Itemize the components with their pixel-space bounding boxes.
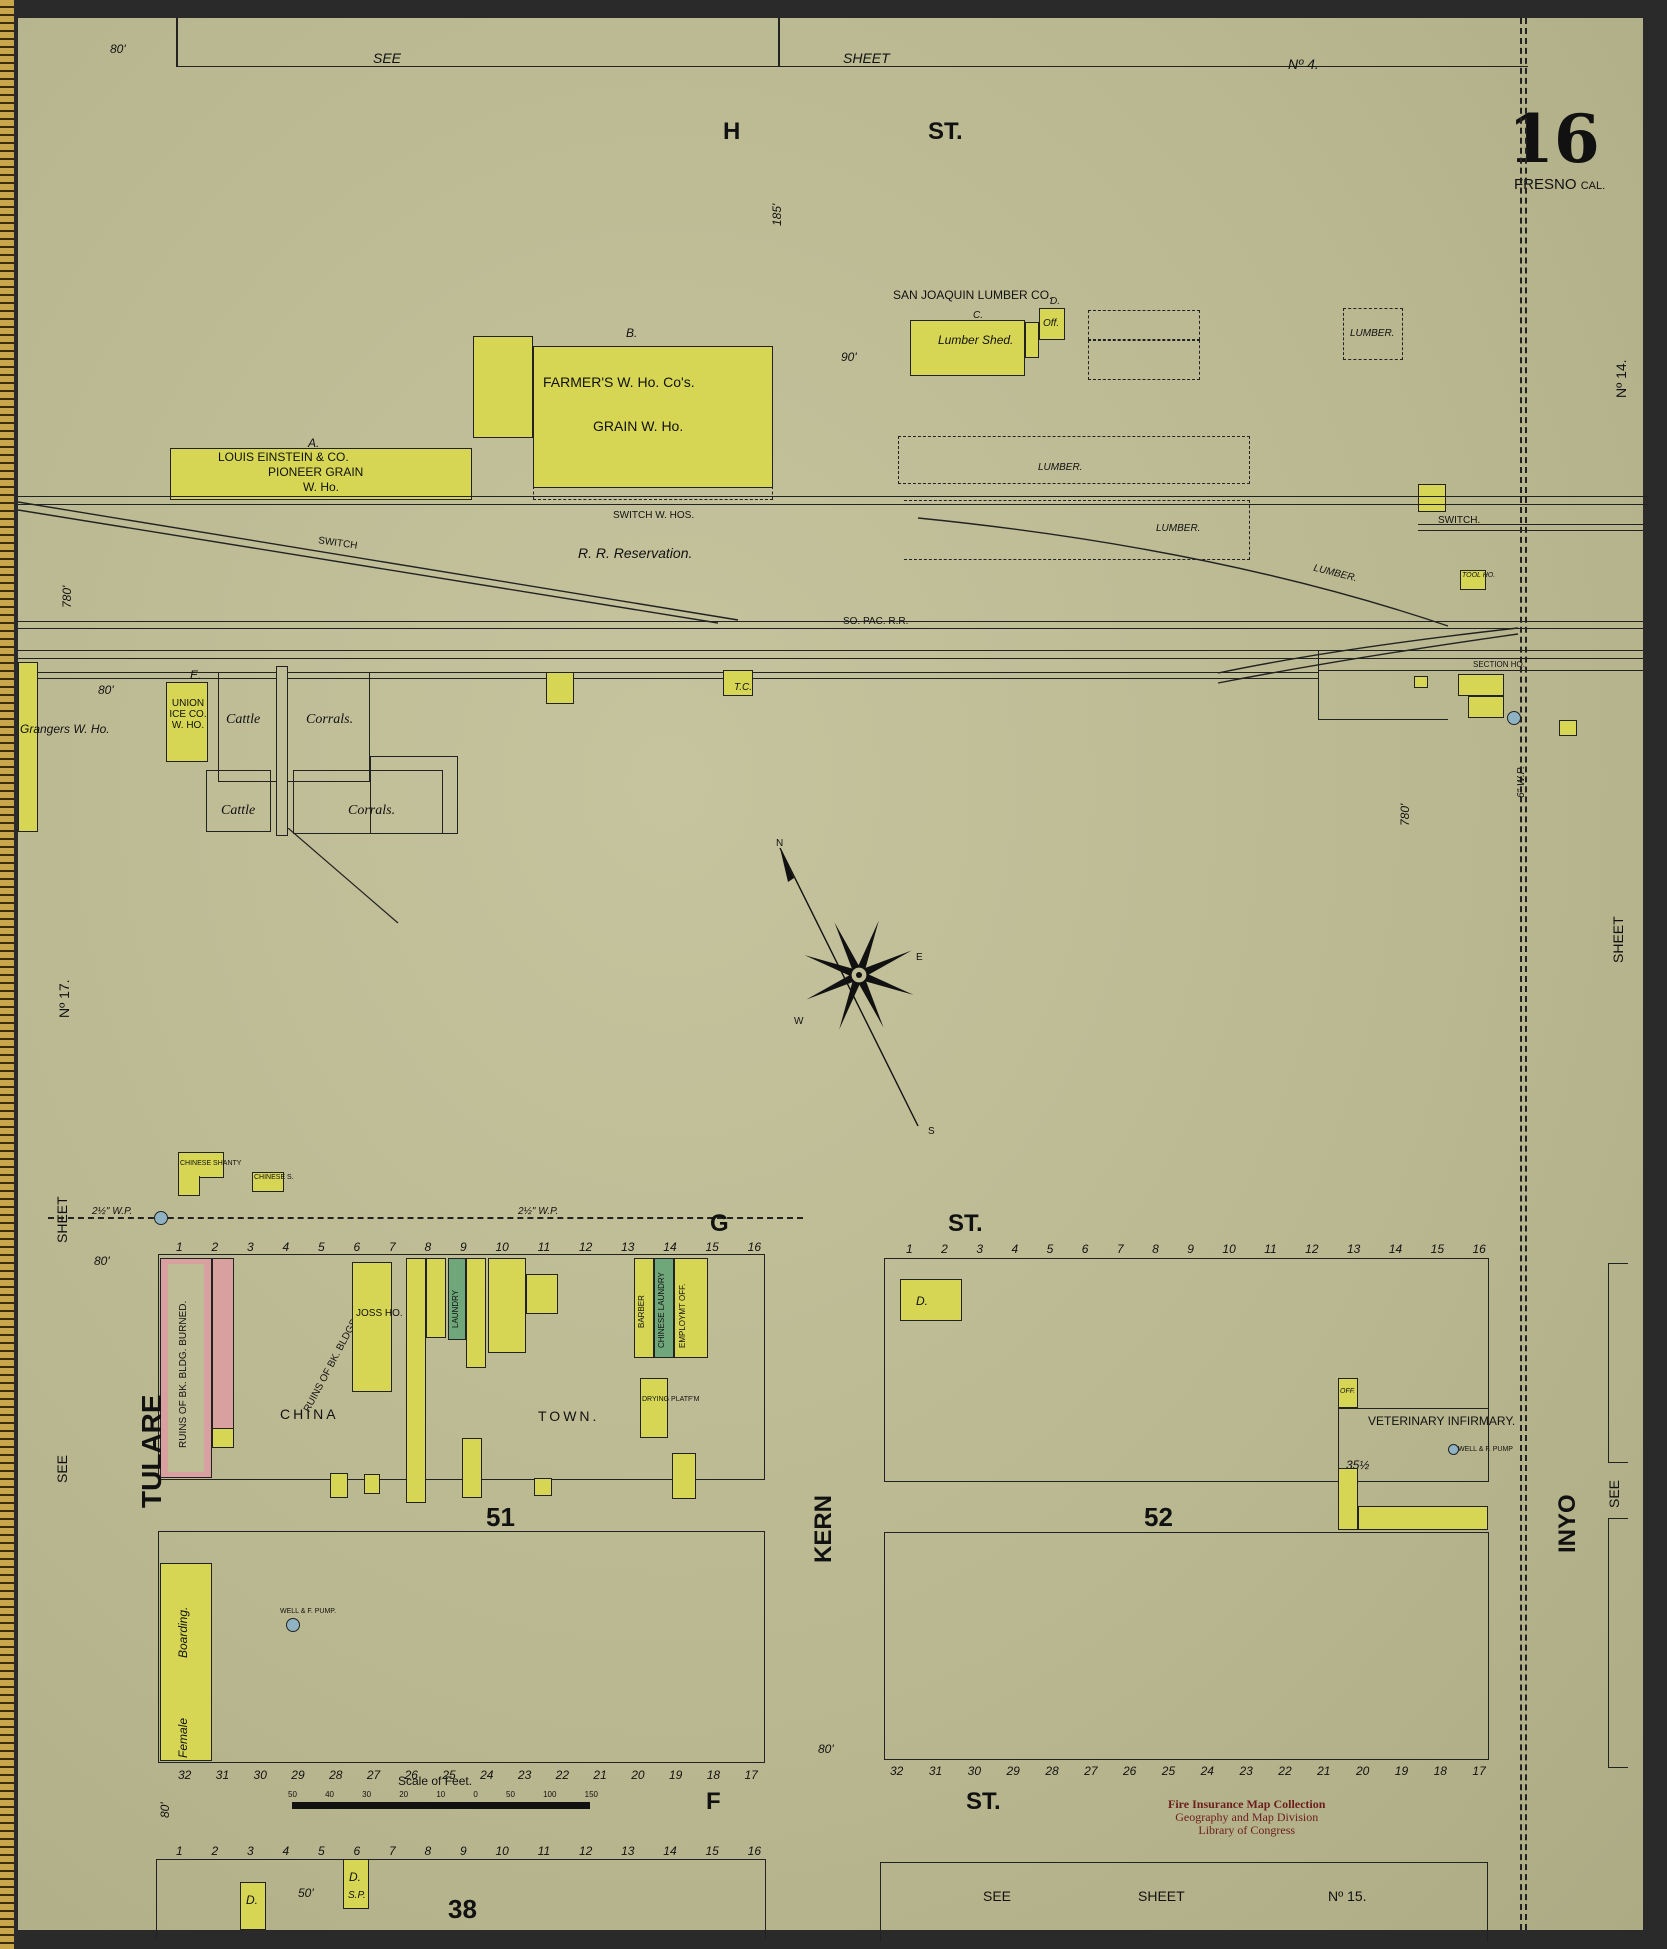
dwelling-label: D. — [916, 1294, 928, 1308]
lot-number: 15 — [705, 1240, 718, 1254]
lot-number: 12 — [579, 1240, 592, 1254]
brick-row — [212, 1258, 234, 1448]
lot-number: 4 — [283, 1240, 290, 1254]
block-52s-outline — [884, 1532, 1489, 1760]
block-52s-lot-numbers: 32 31 30 29 28 27 26 25 24 23 22 21 20 1… — [890, 1764, 1486, 1778]
section-house — [1458, 674, 1504, 696]
lot-number: 10 — [496, 1844, 509, 1858]
cattle-corral-4 — [370, 756, 458, 834]
office-label: Off. — [1043, 318, 1059, 329]
top-boundary-line — [176, 66, 1528, 67]
lot-number: 23 — [1239, 1764, 1252, 1778]
block-51s-outline — [158, 1531, 765, 1763]
street-h-st: ST. — [928, 118, 963, 146]
water-main-line-2 — [1525, 18, 1527, 1930]
lot-number: 17 — [744, 1768, 757, 1782]
lot-number: 3 — [247, 1844, 254, 1858]
joss-house-label: JOSS HO. — [356, 1308, 403, 1319]
hydrant-icon-g — [154, 1211, 168, 1225]
lot-number: 26 — [1123, 1764, 1136, 1778]
farmers-grain: GRAIN W. Ho. — [593, 418, 683, 434]
compass-e: E — [916, 952, 923, 963]
city-label: FRESNO CAL. — [1514, 176, 1605, 193]
small-building-mid — [546, 672, 574, 704]
so-pac-rr-label: SO. PAC. R.R. — [843, 616, 908, 627]
lot-number: 1 — [176, 1240, 183, 1254]
lot-number: 8 — [425, 1844, 432, 1858]
employment-office-label: EMPLOYMT OFF. — [678, 1284, 687, 1348]
left-sheet-no: Nº 17. — [56, 979, 72, 1018]
scale-tick: 40 — [325, 1790, 334, 1799]
lumber-annex — [1025, 322, 1039, 358]
building-8-half — [462, 1438, 482, 1498]
hydrant-icon — [1507, 711, 1521, 725]
small-shed — [1414, 676, 1428, 688]
scale-tick: 100 — [543, 1790, 556, 1799]
lot-number: 19 — [1395, 1764, 1408, 1778]
top-boundary-left — [176, 18, 178, 66]
scale-bar — [292, 1802, 590, 1809]
rr-lot-outline — [1318, 650, 1448, 720]
building-8 — [466, 1258, 486, 1368]
lot-number: 28 — [1045, 1764, 1058, 1778]
lot-number: 14 — [1389, 1242, 1402, 1256]
lot-number: 3 — [976, 1242, 983, 1256]
scale-tick: 10 — [436, 1790, 445, 1799]
stamp-line-3: Library of Congress — [1168, 1824, 1325, 1837]
lot-number: 24 — [1201, 1764, 1214, 1778]
ruler-edge — [0, 0, 14, 1949]
compass-w: W — [794, 1016, 803, 1027]
block-52-lot-numbers: 1 2 3 4 5 6 7 8 9 10 11 12 13 14 15 16 — [906, 1242, 1486, 1256]
rail-main-1 — [18, 621, 1643, 622]
farmers-warehouse-annex — [473, 336, 533, 438]
city-name: FRESNO — [1514, 176, 1577, 193]
state-name: CAL. — [1581, 180, 1605, 192]
lot-number: 28 — [329, 1768, 342, 1782]
scale-tick: 0 — [473, 1790, 477, 1799]
compass-n: N — [776, 838, 783, 849]
rail-main-6 — [18, 678, 1318, 679]
street-g: G — [710, 1210, 729, 1238]
dim-90: 90' — [841, 350, 857, 364]
block-38-lot-numbers: 1 2 3 4 5 6 7 8 9 10 11 12 13 14 15 16 — [176, 1844, 761, 1858]
scale-tick: 50 — [506, 1790, 515, 1799]
dim-780: 780' — [60, 586, 74, 608]
vet-office-label: OFF. — [1340, 1388, 1355, 1395]
block-52-number: 52 — [1144, 1502, 1173, 1533]
lot-number: 32 — [890, 1764, 903, 1778]
lot-number: 6 — [354, 1240, 361, 1254]
top-boundary-mid — [778, 18, 780, 66]
cattle-chute — [276, 666, 288, 836]
scale-tick: 20 — [399, 1790, 408, 1799]
lot-number: 13 — [1347, 1242, 1360, 1256]
dim-780b: 780' — [1398, 804, 1412, 826]
chinese-laundry-label: CHINESE LAUNDRY — [657, 1272, 666, 1348]
street-inyo: INYO — [1554, 1494, 1582, 1553]
female-label: Female — [176, 1718, 190, 1758]
lot-number: 31 — [216, 1768, 229, 1782]
small-shed-right — [1559, 720, 1577, 736]
lot-number: 5 — [318, 1240, 325, 1254]
lot-number: 14 — [663, 1844, 676, 1858]
right-sheet-label: SHEET — [1610, 916, 1626, 963]
vet-stable-2 — [1358, 1506, 1488, 1530]
einstein-name: LOUIS EINSTEIN & CO. — [218, 450, 349, 464]
lot-number: 15 — [1431, 1242, 1444, 1256]
lot-number: 27 — [1084, 1764, 1097, 1778]
union-ice-label: UNION ICE CO. W. HO. — [168, 698, 208, 731]
lot-number: 21 — [1317, 1764, 1330, 1778]
cattle-corral-2 — [206, 770, 271, 832]
lot-number: 7 — [1117, 1242, 1124, 1256]
lot-number: 30 — [254, 1768, 267, 1782]
scale-tick: 50 — [288, 1790, 297, 1799]
lot-number: 17 — [1472, 1764, 1485, 1778]
dwelling-38-a-label: D. — [246, 1893, 258, 1907]
lot-number: 18 — [707, 1768, 720, 1782]
right-boundary-2 — [1608, 1518, 1628, 1768]
building-7b — [426, 1258, 446, 1338]
lot-number: 11 — [538, 1240, 550, 1254]
bottom-sheet-no: Nº 15. — [1328, 1888, 1367, 1904]
lot-number: 16 — [1472, 1242, 1485, 1256]
dim-50-38: 50' — [298, 1886, 314, 1900]
lot-number: 2 — [212, 1240, 219, 1254]
dwelling-52 — [900, 1279, 962, 1321]
lot-number: 8 — [425, 1240, 432, 1254]
dim-80: 80' — [110, 42, 126, 56]
pipe-label-left: 2½" W.P. — [92, 1206, 132, 1217]
lot-number: 9 — [1187, 1242, 1194, 1256]
street-g-st: ST. — [948, 1210, 983, 1238]
ruins-left-label: RUINS OF BK. BLDG. BURNED. — [178, 1301, 189, 1448]
lot-number: 6 — [1082, 1242, 1089, 1256]
map-sheet: SEE SHEET Nº 4. 80' 16 FRESNO CAL. H ST.… — [18, 18, 1643, 1930]
small-shed-51b — [534, 1478, 552, 1496]
scale-tick: 150 — [585, 1790, 598, 1799]
dwelling-38-b — [343, 1859, 369, 1909]
corrals-label-1: Corrals. — [306, 712, 353, 728]
lumber-yard-4 — [898, 436, 1250, 484]
rail-main-2 — [18, 628, 1643, 629]
sheet-no-label: Nº 4. — [1288, 56, 1319, 72]
lot-number: 32 — [178, 1768, 191, 1782]
lot-number: 10 — [1222, 1242, 1235, 1256]
lot-number: 21 — [593, 1768, 606, 1782]
label-e: E. — [190, 668, 201, 682]
lot-number: 16 — [748, 1240, 761, 1254]
town-label: TOWN. — [538, 1408, 599, 1424]
grangers-label: Grangers W. Ho. — [20, 722, 110, 736]
fence-line — [278, 828, 428, 928]
lot-number: 13 — [621, 1240, 634, 1254]
vet-infirmary-label: VETERINARY INFIRMARY. — [1368, 1414, 1515, 1428]
lot-number: 2 — [941, 1242, 948, 1256]
bottom-see: SEE — [983, 1888, 1011, 1904]
chinese-s-label: CHINESE S. — [254, 1174, 294, 1181]
lot-number: 20 — [1356, 1764, 1369, 1778]
drying-platform-label: DRYING PLATF'M — [642, 1396, 699, 1403]
dim-80-mid: 80' — [98, 683, 114, 697]
lumber-yard-1 — [1088, 310, 1200, 340]
lot-number: 10 — [496, 1240, 509, 1254]
barber-label: BARBER — [637, 1295, 646, 1328]
label-d: D. — [1050, 296, 1060, 307]
lot-number: 23 — [518, 1768, 531, 1782]
chinese-shanty-label: CHINESE SHANTY — [180, 1160, 241, 1167]
lumber-label-4: LUMBER. — [1038, 462, 1082, 473]
left-see-label: SEE — [54, 1455, 70, 1483]
corrals-label-2: Corrals. — [348, 803, 395, 819]
compass-rose-icon — [758, 818, 958, 1158]
scale-ticks: 50 40 30 20 10 0 50 100 150 — [288, 1790, 598, 1799]
label-a: A. — [308, 436, 319, 450]
block-51-lot-numbers: 1 2 3 4 5 6 7 8 9 10 11 12 13 14 15 16 — [176, 1240, 761, 1254]
cattle-label-1: Cattle — [226, 712, 260, 728]
street-kern: KERN — [810, 1495, 838, 1563]
lot-number: 7 — [389, 1844, 396, 1858]
library-stamp: Fire Insurance Map Collection Geography … — [1168, 1798, 1325, 1837]
dwelling-38-b-sp: S.P. — [348, 1890, 366, 1901]
lumber-shed — [910, 320, 1025, 376]
vet-well-label: WELL & F. PUMP — [1458, 1446, 1513, 1453]
cattle-label-2: Cattle — [221, 803, 255, 819]
right-sheet-no: Nº 14. — [1613, 359, 1629, 398]
lot-number: 16 — [748, 1844, 761, 1858]
right-boundary-1 — [1608, 1263, 1628, 1463]
bottom-sheet: SHEET — [1138, 1888, 1185, 1904]
block-38-number: 38 — [448, 1894, 477, 1925]
compass-s: S — [928, 1126, 935, 1137]
frame-shed — [212, 1428, 234, 1448]
street-h: H — [723, 118, 740, 146]
lot-number: 13 — [621, 1844, 634, 1858]
farmers-name: FARMER'S W. Ho. Co's. — [543, 374, 695, 390]
right-see-label: SEE — [1606, 1480, 1622, 1508]
lot-number: 12 — [579, 1844, 592, 1858]
lot-number: 2 — [212, 1844, 219, 1858]
street-f-st: ST. — [966, 1788, 1001, 1816]
lot-number: 22 — [556, 1768, 569, 1782]
dim-80-g: 80' — [94, 1254, 110, 1268]
label-c: C. — [973, 310, 983, 321]
water-main-line — [1520, 18, 1522, 1930]
lot-number: 30 — [968, 1764, 981, 1778]
lot-number: 5 — [318, 1844, 325, 1858]
lot-number: 25 — [1162, 1764, 1175, 1778]
tc-label: T.C. — [734, 682, 752, 693]
lot-number: 9 — [460, 1844, 467, 1858]
well-pump-label: WELL & F. PUMP. — [280, 1608, 336, 1615]
section-house-rear — [1468, 696, 1504, 718]
rr-reservation-label: R. R. Reservation. — [578, 545, 692, 561]
label-b: B. — [626, 326, 637, 340]
lot-number: 29 — [291, 1768, 304, 1782]
lot-number: 1 — [176, 1844, 183, 1858]
drying-platform — [640, 1378, 668, 1438]
lot-number: 15 — [705, 1844, 718, 1858]
lot-number: 31 — [929, 1764, 942, 1778]
boarding-label: Boarding. — [176, 1607, 190, 1658]
lot-number: 27 — [367, 1768, 380, 1782]
dim-80-kern: 80' — [818, 1742, 834, 1756]
dwelling-38-b-label: D. — [349, 1870, 361, 1884]
lot-number: 8 — [1152, 1242, 1159, 1256]
street-tulare: TULARE — [136, 1394, 168, 1508]
section-house-label: SECTION HO. — [1473, 660, 1525, 669]
lot-number: 7 — [389, 1240, 396, 1254]
laundry-label: LAUNDRY — [451, 1290, 460, 1328]
lot-number: 5 — [1047, 1242, 1054, 1256]
lot-number: 22 — [1278, 1764, 1291, 1778]
lumber-shed-label: Lumber Shed. — [938, 333, 1013, 347]
building-5-half — [330, 1473, 348, 1498]
grangers-warehouse — [18, 662, 38, 832]
scale-tick: 30 — [362, 1790, 371, 1799]
lot-number: 6 — [354, 1844, 361, 1858]
lot-number: 12 — [1305, 1242, 1318, 1256]
lot-number: 11 — [1264, 1242, 1276, 1256]
einstein-pioneer: PIONEER GRAIN — [268, 465, 363, 479]
lot-number: 14 — [663, 1240, 676, 1254]
lot-number: 24 — [480, 1768, 493, 1782]
small-shed-51 — [364, 1474, 380, 1494]
building-7 — [406, 1258, 426, 1503]
scale-title: Scale of Feet. — [398, 1774, 472, 1788]
lot-number: 20 — [631, 1768, 644, 1782]
left-sheet-label: SHEET — [54, 1196, 70, 1243]
see-label: SEE — [373, 50, 401, 66]
san-joaquin-lumber: SAN JOAQUIN LUMBER CO. — [893, 288, 1052, 302]
dim-80-f: 80' — [158, 1802, 172, 1818]
lot-number: 3 — [247, 1240, 254, 1254]
vet-stable-1 — [1338, 1468, 1358, 1530]
sheet-label: SHEET — [843, 50, 890, 66]
lot-number: 18 — [1434, 1764, 1447, 1778]
lot-number: 4 — [1011, 1242, 1018, 1256]
lot-number: 29 — [1006, 1764, 1019, 1778]
building-14-half — [672, 1453, 696, 1499]
joss-house — [352, 1262, 392, 1392]
lumber-label-3: LUMBER. — [1350, 328, 1394, 339]
lot-number: 9 — [460, 1240, 467, 1254]
dim-185: 185' — [770, 204, 784, 226]
building-10 — [526, 1274, 558, 1314]
lot-number: 4 — [283, 1844, 290, 1858]
china-label: CHINA — [280, 1406, 339, 1422]
pipe-label-right: 2½" W.P. — [518, 1206, 558, 1217]
lot-number: 19 — [669, 1768, 682, 1782]
block-51-number: 51 — [486, 1502, 515, 1533]
street-f: F — [706, 1788, 721, 1816]
lumber-yard-2 — [1088, 340, 1200, 380]
water-main-label: 6" W.P. — [1516, 766, 1527, 798]
chinese-shanty-wing — [178, 1176, 200, 1196]
lot-number: 1 — [906, 1242, 913, 1256]
building-9 — [488, 1258, 526, 1353]
rail-main-5 — [18, 672, 1318, 673]
farmers-warehouse — [533, 346, 773, 488]
well-pump-icon — [286, 1618, 300, 1632]
lot-number: 11 — [538, 1844, 550, 1858]
